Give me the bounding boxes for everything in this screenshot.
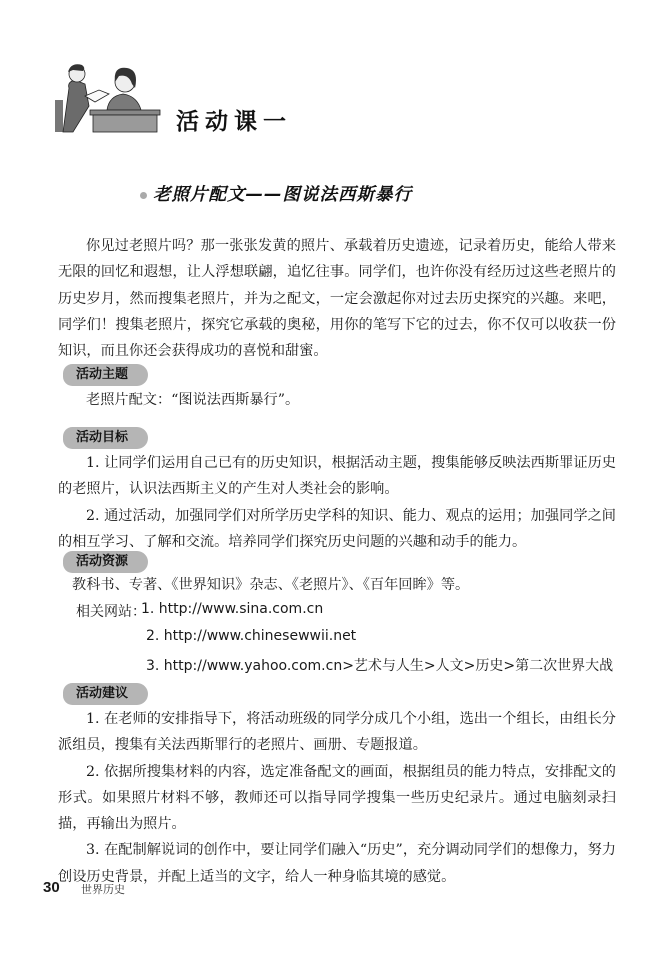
section-tag-goals: 活动目标 [63,427,148,449]
goals-paragraph: 1. 让同学们运用自己已有的历史知识，根据活动主题，搜集能够反映法西斯罪证历史的… [58,450,616,555]
website-link-3[interactable]: 3. http://www.yahoo.com.cn>艺术与人生>人文>历史>第… [146,655,613,675]
intro-line: 你见过老照片吗？那一张张发黄的照片、承载着历史遗迹，记录着历史，能给人 [86,238,587,254]
section-tag-theme: 活动主题 [63,364,148,386]
suggestion-line: 3. 在配制解说词的创作中，要让同学们融入“历史”，充分调动同学们的想像力， [86,842,588,858]
goal-line: 2. 通过活动，加强同学们对所学历史学科的知识、能力、观点的运用；加强同学 [86,508,588,524]
intro-paragraph: 你见过老照片吗？那一张张发黄的照片、承载着历史遗迹，记录着历史，能给人带来无限的… [58,233,616,364]
goal-line: 1. 让同学们运用自己已有的历史知识，根据活动主题，搜集能够反映法西斯罪证 [86,455,588,471]
lesson-title: 活动课一 [176,103,292,136]
book-title: 世界历史 [81,881,125,897]
section-tag-suggestions: 活动建议 [63,683,148,705]
section-tag-resources: 活动资源 [63,551,148,573]
resources-text: 教科书、专著、《世界知识》杂志、《老照片》、《百年回眸》等。 [72,572,612,598]
suggestion-line: 2. 依据所搜集材料的内容，选定准备配文的画面，根据组员的能力特点，安排配 [86,764,588,780]
activity-subtitle: 老照片配文——图说法西斯暴行 [140,181,412,206]
page-number: 30 [43,879,60,896]
bullet-dot-icon [140,192,147,199]
website-link-2[interactable]: 2. http://www.chinesewwii.net [146,628,356,644]
subtitle-text: 老照片配文——图说法西斯暴行 [153,185,412,205]
sites-label: 相关网站： [76,601,146,621]
suggestions-paragraph: 1. 在老师的安排指导下，将活动班级的同学分成几个小组，选出一个组长，由组长分派… [58,706,616,890]
students-illustration [55,60,165,135]
suggestion-line: 1. 在老师的安排指导下，将活动班级的同学分成几个小组，选出一个组长，由组 [86,711,588,727]
theme-text: 老照片配文：“图说法西斯暴行”。 [58,387,616,413]
website-link-1[interactable]: 1. http://www.sina.com.cn [141,601,323,617]
